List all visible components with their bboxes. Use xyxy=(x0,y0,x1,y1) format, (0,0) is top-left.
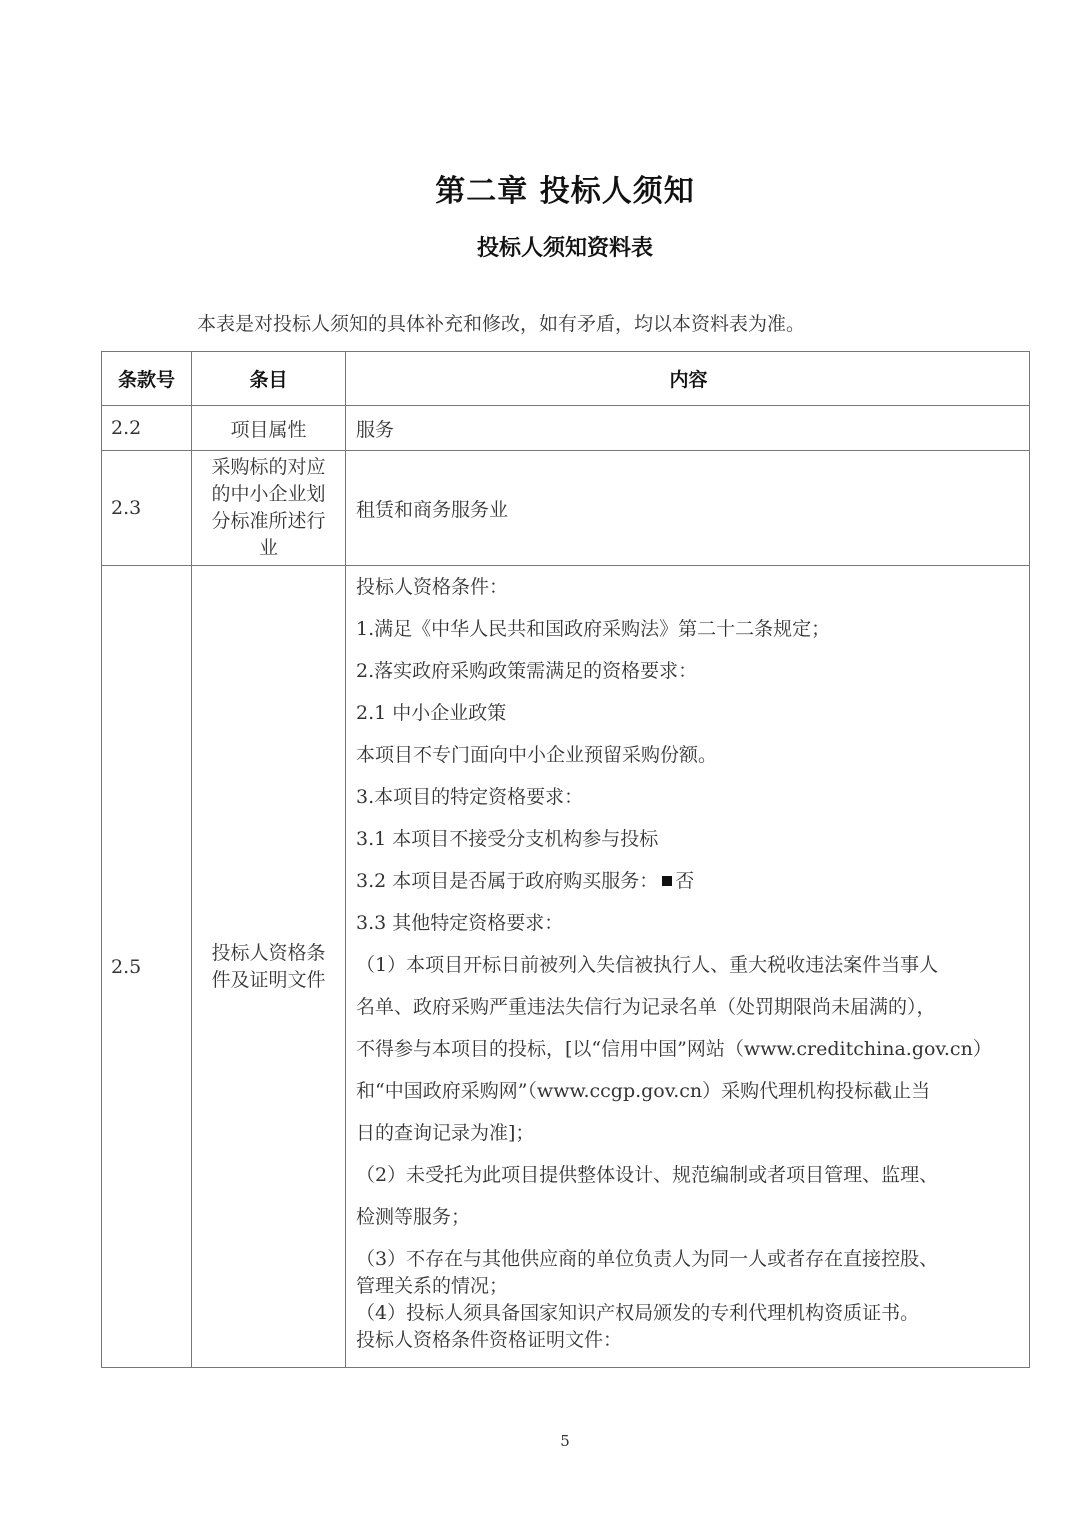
chapter-title: 第二章 投标人须知 xyxy=(0,166,1080,210)
table-row: 2.2 项目属性 服务 xyxy=(102,406,1030,451)
content-line: （4）投标人须具备国家知识产权局颁发的专利代理机构资质证书。 xyxy=(356,1300,1021,1327)
checkbox-label: 否 xyxy=(675,870,694,892)
clause-item: 采购标的对应 的中小企业划 分标准所述行 业 xyxy=(192,451,346,566)
table-header-row: 条款号 条目 内容 xyxy=(102,352,1030,406)
clause-number: 2.3 xyxy=(102,451,192,566)
clause-item: 投标人资格条 件及证明文件 xyxy=(192,566,346,1368)
table-title: 投标人须知资料表 xyxy=(0,231,1080,262)
bidder-info-table: 条款号 条目 内容 2.2 项目属性 服务 2.3 采购标的对应 的中小企业划 … xyxy=(101,351,1030,1368)
table-row: 2.3 采购标的对应 的中小企业划 分标准所述行 业 租赁和商务服务业 xyxy=(102,451,1030,566)
content-line: 名单、政府采购严重违法失信行为记录名单（处罚期限尚未届满的）， xyxy=(356,986,1021,1028)
table-row: 2.5 投标人资格条 件及证明文件 投标人资格条件： 1.满足《中华人民共和国政… xyxy=(102,566,1030,1368)
page-number: 5 xyxy=(0,1432,1080,1450)
content-line: 管理关系的情况； xyxy=(356,1273,1021,1300)
content-line: 检测等服务； xyxy=(356,1196,1021,1238)
content-line: （1）本项目开标日前被列入失信被执行人、重大税收违法案件当事人 xyxy=(356,944,1021,986)
content-line: 日的查询记录为准]； xyxy=(356,1112,1021,1154)
content-line: 3.3 其他特定资格要求： xyxy=(356,902,1021,944)
clause-number: 2.2 xyxy=(102,406,192,451)
item-line: 业 xyxy=(192,535,345,562)
clause-number: 2.5 xyxy=(102,566,192,1368)
content-line: 投标人资格条件资格证明文件： xyxy=(356,1327,1021,1354)
clause-content: 投标人资格条件： 1.满足《中华人民共和国政府采购法》第二十二条规定； 2.落实… xyxy=(346,566,1030,1368)
clause-content: 租赁和商务服务业 xyxy=(346,451,1030,566)
content-line: 2.落实政府采购政策需满足的资格要求： xyxy=(356,650,1021,692)
checked-checkbox-icon xyxy=(662,876,672,886)
content-line: 3.1 本项目不接受分支机构参与投标 xyxy=(356,818,1021,860)
content-line: 1.满足《中华人民共和国政府采购法》第二十二条规定； xyxy=(356,608,1021,650)
item-line: 的中小企业划 xyxy=(192,481,345,508)
content-line-3-2: 3.2 本项目是否属于政府购买服务：否 xyxy=(356,860,1021,902)
content-line: 3.本项目的特定资格要求： xyxy=(356,776,1021,818)
content-line: （2）未受托为此项目提供整体设计、规范编制或者项目管理、监理、 xyxy=(356,1154,1021,1196)
item-line: 分标准所述行 xyxy=(192,508,345,535)
content-line: 本项目不专门面向中小企业预留采购份额。 xyxy=(356,734,1021,776)
item-line: 件及证明文件 xyxy=(198,967,339,994)
header-clause-number: 条款号 xyxy=(102,352,192,406)
content-line: 投标人资格条件： xyxy=(356,566,1021,608)
content-line: （3）不存在与其他供应商的单位负责人为同一人或者存在直接控股、 xyxy=(356,1246,1021,1273)
clause-item: 项目属性 xyxy=(192,406,346,451)
item-line: 投标人资格条 xyxy=(198,940,339,967)
header-item: 条目 xyxy=(192,352,346,406)
item-line: 采购标的对应 xyxy=(192,454,345,481)
clause-content: 服务 xyxy=(346,406,1030,451)
content-text: 3.2 本项目是否属于政府购买服务： xyxy=(356,870,658,892)
content-line: 2.1 中小企业政策 xyxy=(356,692,1021,734)
intro-paragraph: 本表是对投标人须知的具体补充和修改，如有矛盾，均以本资料表为准。 xyxy=(197,309,805,336)
content-line: 不得参与本项目的投标，[以“信用中国”网站（www.creditchina.go… xyxy=(356,1028,1021,1070)
header-content: 内容 xyxy=(346,352,1030,406)
content-line: 和“中国政府采购网”（www.ccgp.gov.cn）采购代理机构投标截止当 xyxy=(356,1070,1021,1112)
qualification-requirements: 投标人资格条件： 1.满足《中华人民共和国政府采购法》第二十二条规定； 2.落实… xyxy=(356,566,1021,1354)
